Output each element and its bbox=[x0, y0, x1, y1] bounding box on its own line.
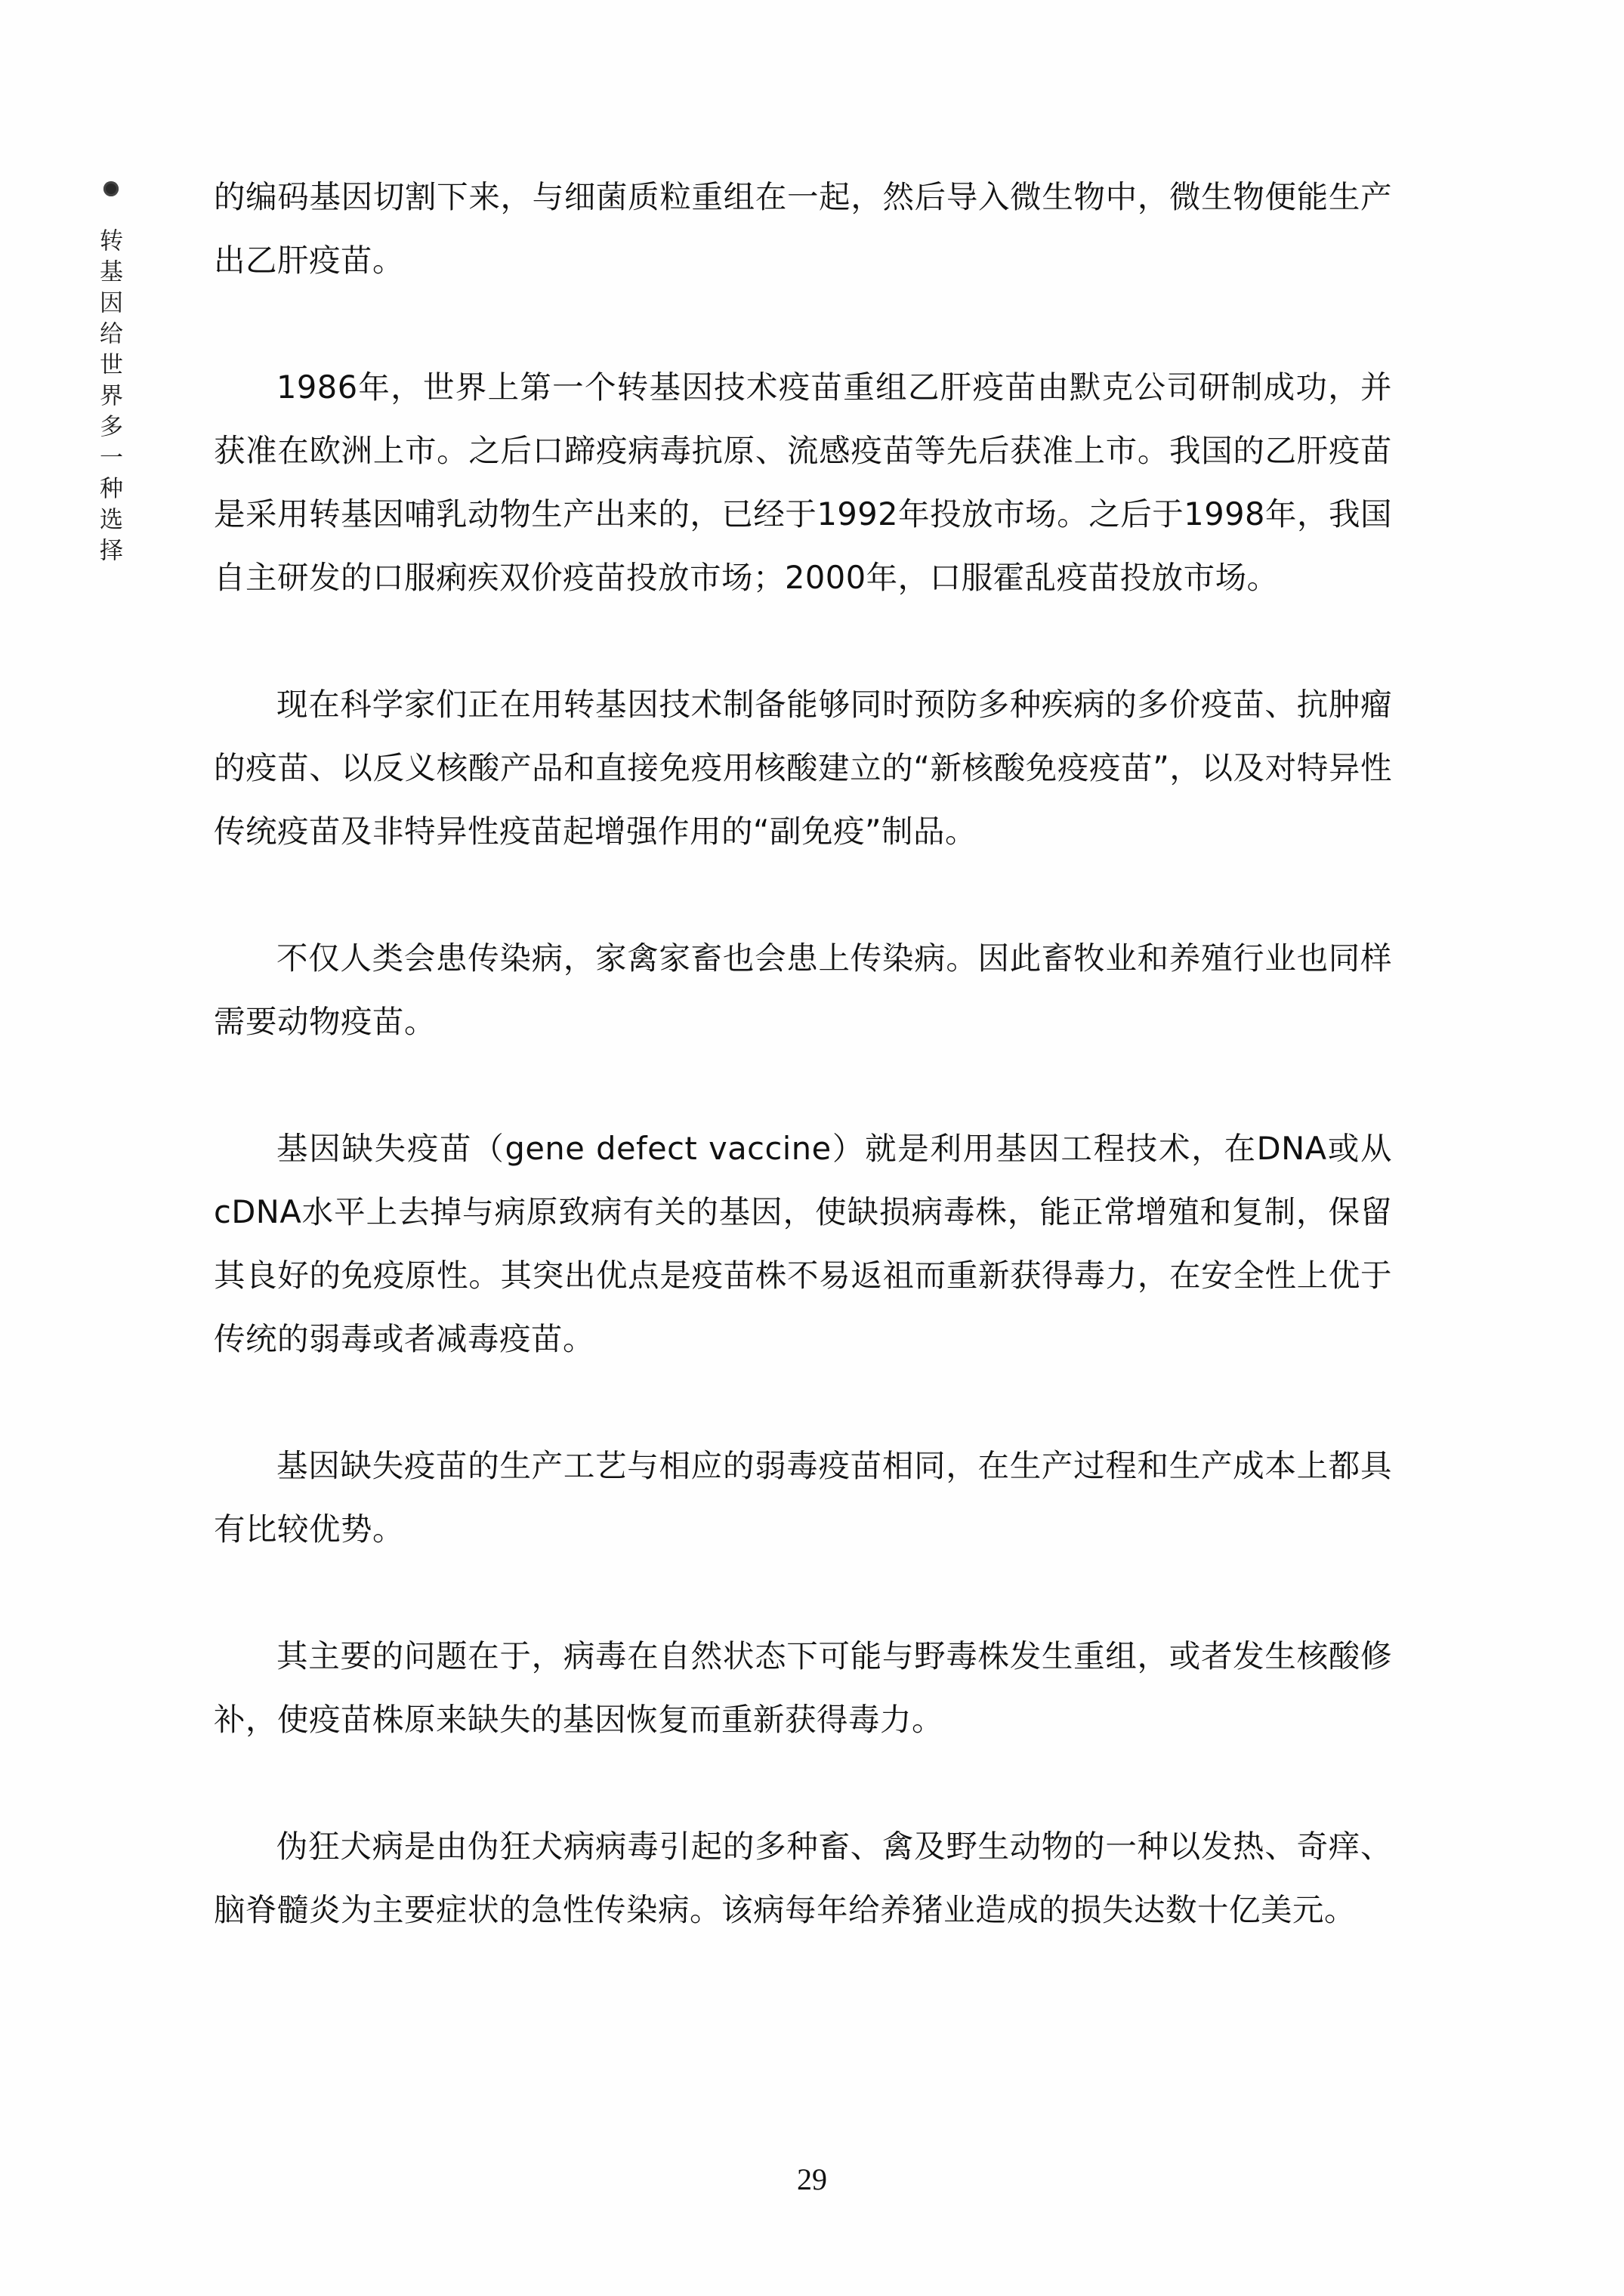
paragraph: 1986年，世界上第一个转基因技术疫苗重组乙肝疫苗由默克公司研制成功，并获准在欧… bbox=[214, 356, 1392, 609]
paragraph: 伪狂犬病是由伪狂犬病病毒引起的多种畜、禽及野生动物的一种以发热、奇痒、脑脊髓炎为… bbox=[214, 1815, 1392, 1942]
paragraph: 其主要的问题在于，病毒在自然状态下可能与野毒株发生重组，或者发生核酸修补，使疫苗… bbox=[214, 1625, 1392, 1751]
bullet-icon bbox=[103, 181, 119, 196]
paragraph: 基因缺失疫苗的生产工艺与相应的弱毒疫苗相同，在生产过程和生产成本上都具有比较优势… bbox=[214, 1434, 1392, 1561]
paragraph: 不仅人类会患传染病，家禽家畜也会患上传染病。因此畜牧业和养殖行业也同样需要动物疫… bbox=[214, 927, 1392, 1054]
body-text: 的编码基因切割下来，与细菌质粒重组在一起，然后导入微生物中，微生物便能生产出乙肝… bbox=[214, 165, 1392, 2005]
paragraph: 现在科学家们正在用转基因技术制备能够同时预防多种疾病的多价疫苗、抗肿瘤的疫苗、以… bbox=[214, 673, 1392, 863]
paragraph: 基因缺失疫苗（gene defect vaccine）就是利用基因工程技术，在D… bbox=[214, 1117, 1392, 1371]
page-number: 29 bbox=[0, 2162, 1624, 2197]
document-page: 转基因给世界多一种选择 的编码基因切割下来，与细菌质粒重组在一起，然后导入微生物… bbox=[0, 0, 1624, 2296]
paragraph: 的编码基因切割下来，与细菌质粒重组在一起，然后导入微生物中，微生物便能生产出乙肝… bbox=[214, 165, 1392, 292]
running-header-title: 转基因给世界多一种选择 bbox=[95, 228, 122, 569]
